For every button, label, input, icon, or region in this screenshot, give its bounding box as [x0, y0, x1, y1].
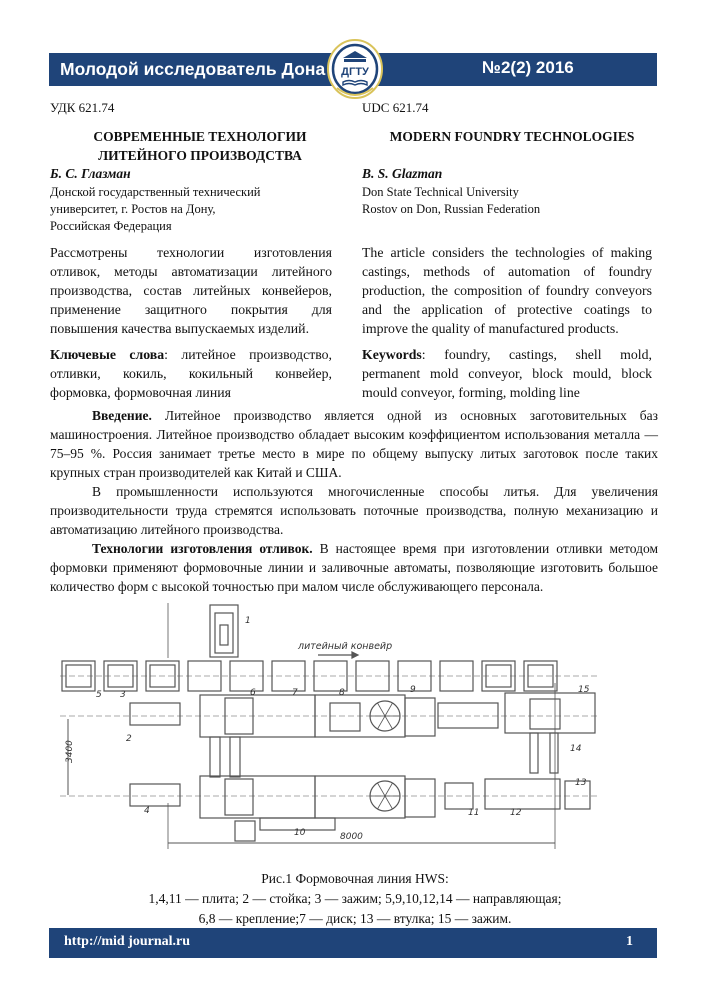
paragraph-industry: В промышленности используются многочисле… [50, 482, 658, 539]
svg-text:6: 6 [250, 688, 256, 698]
figure-caption: Рис.1 Формовочная линия HWS: 1,4,11 — пл… [80, 869, 630, 929]
udc-ru: УДК 621.74 [50, 100, 114, 116]
svg-text:8000: 8000 [340, 832, 363, 842]
author-ru: Б. С. Глазман [50, 166, 131, 182]
caption-legend-line: 6,8 — крепление;7 — диск; 13 — втулка; 1… [80, 909, 630, 929]
issue-number: №2(2) 2016 [482, 58, 574, 78]
affiliation-en: Don State Technical University Rostov on… [362, 184, 540, 218]
svg-text:7: 7 [292, 688, 298, 698]
udc-en: UDC 621.74 [362, 100, 428, 116]
article-title-en: MODERN FOUNDRY TECHNOLOGIES [362, 127, 662, 146]
journal-url-link[interactable]: http://mid journal.ru [64, 934, 190, 950]
svg-text:15: 15 [578, 685, 590, 695]
university-logo-icon: ДГТУ [323, 38, 387, 102]
paragraph-intro: Введение. Литейное производство является… [50, 406, 658, 482]
affiliation-line: Российская Федерация [50, 218, 261, 235]
keywords-label-ru: Ключевые слова [50, 347, 164, 362]
keywords-ru: Ключевые слова: литейное производство, о… [50, 345, 332, 402]
svg-text:литейный конвейр: литейный конвейр [297, 641, 392, 652]
abstract-en: The article considers the technologies o… [362, 243, 652, 338]
svg-text:10: 10 [294, 828, 306, 838]
section-lead-technologies: Технологии изготовления отливок. [92, 541, 313, 556]
svg-text:13: 13 [575, 778, 587, 788]
article-body: Введение. Литейное производство является… [50, 406, 658, 596]
journal-title: Молодой исследователь Дона [60, 59, 325, 80]
page-number: 1 [626, 934, 633, 950]
caption-title: Рис.1 Формовочная линия HWS: [80, 869, 630, 889]
molding-line-diagram: литейный конвейр340080001234567891011121… [60, 603, 600, 861]
affiliation-line: Don State Technical University [362, 184, 540, 201]
svg-text:4: 4 [144, 806, 150, 816]
svg-text:2: 2 [126, 734, 132, 744]
section-lead-intro: Введение. [92, 408, 152, 423]
svg-text:14: 14 [570, 744, 582, 754]
paragraph-technologies: Технологии изготовления отливок. В насто… [50, 539, 658, 596]
affiliation-line: Донской государственный технический [50, 184, 261, 201]
article-title-ru: СОВРЕМЕННЫЕ ТЕХНОЛОГИИ ЛИТЕЙНОГО ПРОИЗВО… [60, 127, 340, 165]
svg-text:ДГТУ: ДГТУ [341, 66, 369, 78]
svg-text:1: 1 [245, 616, 251, 626]
svg-text:5: 5 [96, 690, 102, 700]
svg-text:12: 12 [510, 808, 522, 818]
svg-text:3: 3 [120, 690, 126, 700]
caption-legend-line: 1,4,11 — плита; 2 — стойка; 3 — зажим; 5… [80, 889, 630, 909]
affiliation-line: Rostov on Don, Russian Federation [362, 201, 540, 218]
svg-text:11: 11 [468, 808, 479, 818]
abstract-ru: Рассмотрены технологии изготовления отли… [50, 243, 332, 338]
keywords-en: Keywords: foundry, castings, shell mold,… [362, 345, 652, 402]
affiliation-ru: Донской государственный технический унив… [50, 184, 261, 235]
svg-text:9: 9 [410, 685, 416, 695]
keywords-label-en: Keywords [362, 347, 422, 362]
svg-text:3400: 3400 [65, 740, 75, 763]
affiliation-line: университет, г. Ростов на Дону, [50, 201, 261, 218]
author-en: B. S. Glazman [362, 166, 442, 182]
svg-text:8: 8 [339, 688, 345, 698]
